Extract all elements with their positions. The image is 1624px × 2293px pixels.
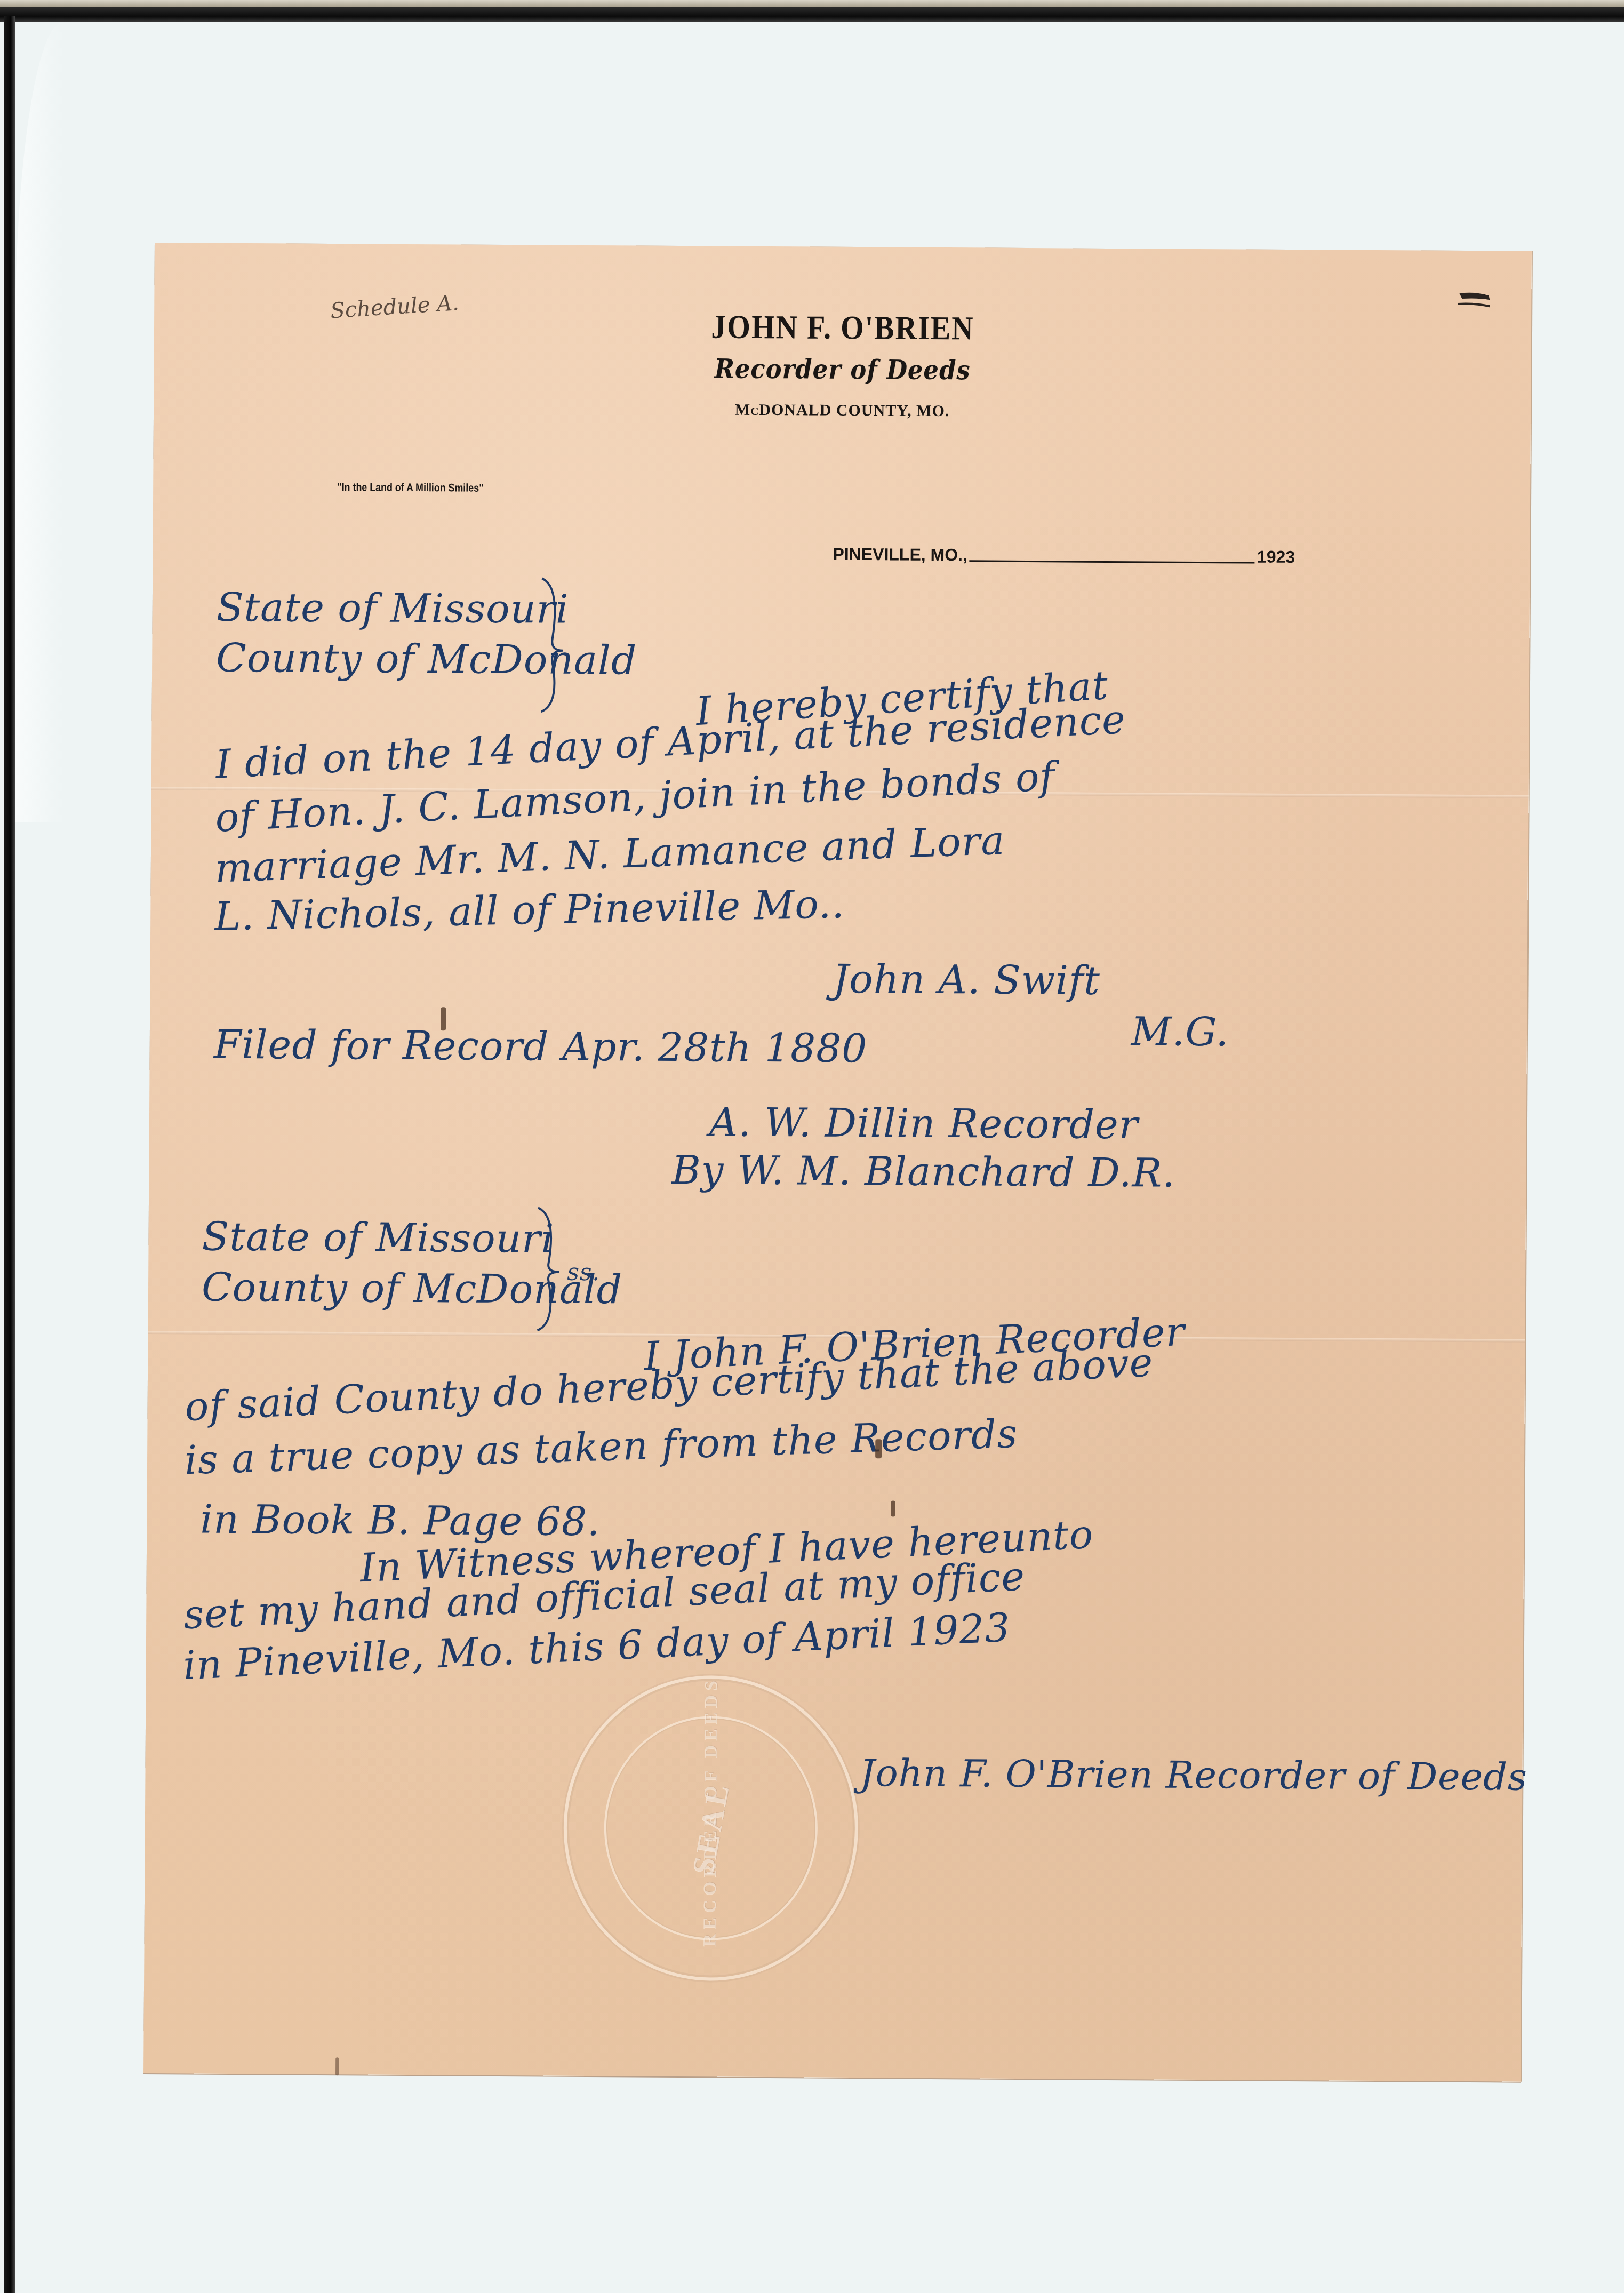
dateline-place: PINEVILLE, MO., bbox=[833, 545, 967, 565]
cert-venue-ss: ss. bbox=[567, 1259, 600, 1286]
scanner-glare bbox=[15, 22, 63, 822]
ink-mark-icon bbox=[1457, 288, 1494, 309]
embossed-seal: RECORDER OF DEEDS SEAL bbox=[563, 1675, 859, 1982]
dateline-blank bbox=[970, 560, 1255, 563]
filed-for-record: Filed for Record Apr. 28th 1880 bbox=[214, 1022, 868, 1072]
dateline: PINEVILLE, MO., 1923 bbox=[833, 545, 1295, 567]
cert-venue-brace-icon bbox=[532, 1205, 565, 1333]
cert-venue-state: State of Missouri bbox=[202, 1214, 554, 1262]
venue-county: County of McDonald bbox=[216, 635, 637, 684]
letterhead-name: JOHN F. O'BRIEN bbox=[154, 305, 1531, 351]
letterhead-title: Recorder of Deeds bbox=[223, 350, 1462, 389]
scanner-top-edge bbox=[0, 0, 1624, 7]
document-page: Schedule A. JOHN F. O'BRIEN Recorder of … bbox=[143, 243, 1532, 2082]
recorder-signature: John F. O'Brien Recorder of Deeds bbox=[860, 1751, 1527, 1799]
ink-speck bbox=[335, 2057, 339, 2075]
venue-brace-icon bbox=[536, 576, 569, 714]
letterhead-slogan: "In the Land of A Million Smiles" bbox=[337, 481, 484, 495]
officiant-signature: John A. Swift bbox=[833, 956, 1100, 1004]
ink-speck bbox=[441, 1007, 446, 1030]
dateline-year: 1923 bbox=[1257, 547, 1295, 567]
scanner-top-bar bbox=[0, 7, 1624, 22]
recorder-name: A. W. Dillin Recorder bbox=[709, 1099, 1139, 1148]
letterhead-county: McDONALD COUNTY, MO. bbox=[154, 397, 1531, 424]
ink-speck bbox=[875, 1439, 882, 1458]
venue-state: State of Missouri bbox=[217, 585, 569, 633]
scanner-left-bar bbox=[4, 16, 15, 2293]
officiant-title: M.G. bbox=[1131, 1009, 1229, 1055]
ink-speck bbox=[891, 1500, 895, 1516]
deputy-name: By W. M. Blanchard D.R. bbox=[671, 1147, 1175, 1196]
record-line-5: L. Nichols, all of Pineville Mo.. bbox=[214, 881, 845, 940]
